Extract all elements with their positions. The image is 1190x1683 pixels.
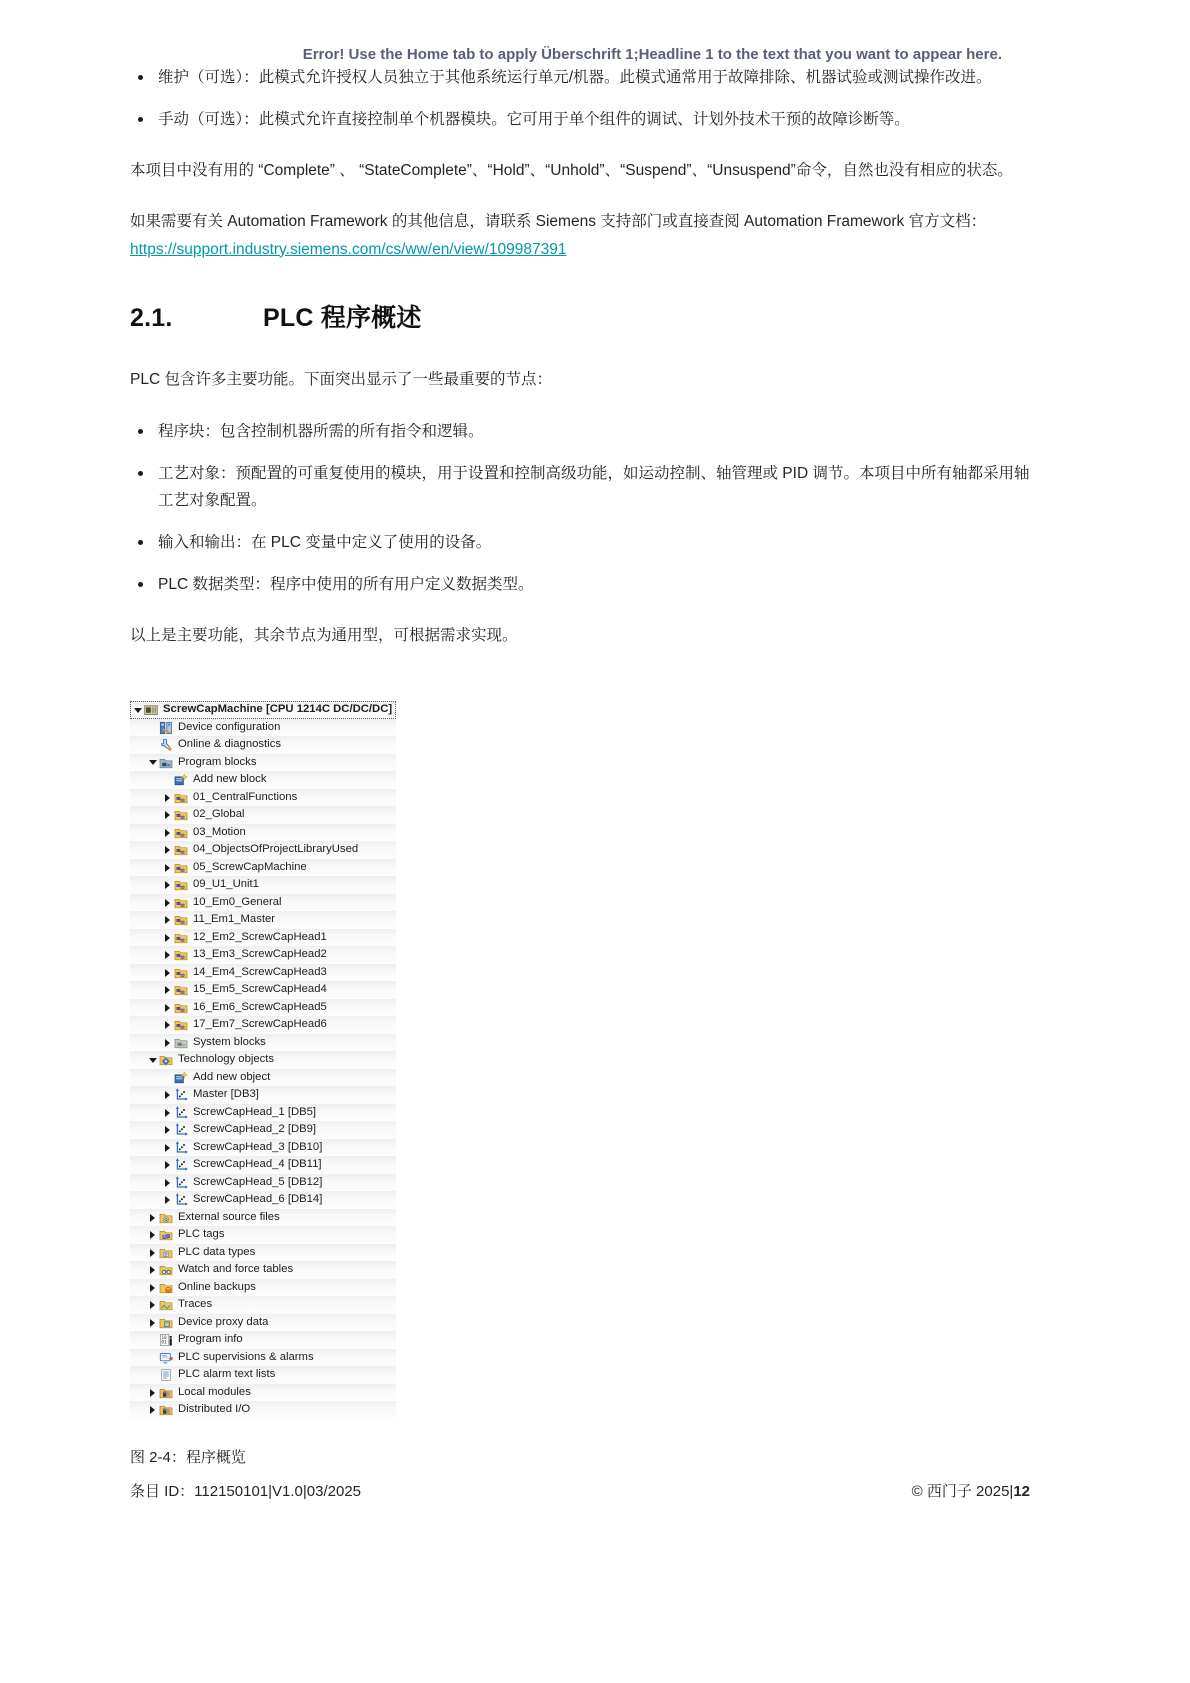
block-group-folder-icon (174, 931, 188, 945)
axis-icon (174, 1141, 188, 1155)
tree-row[interactable]: 14_Em4_ScrewCapHead3 (130, 964, 396, 982)
section-outro: 以上是主要功能，其余节点为通用型，可根据需求实现。 (130, 622, 1030, 649)
local-modules-icon (159, 1386, 173, 1400)
tree-row[interactable]: 05_ScrewCapMachine (130, 859, 396, 877)
online-backups-icon (159, 1281, 173, 1295)
tree-row[interactable]: System blocks (130, 1034, 396, 1052)
tree-row[interactable]: 17_Em7_ScrewCapHead6 (130, 1016, 396, 1034)
external-source-files-icon (159, 1211, 173, 1225)
tree-item-label: Distributed I/O (178, 1400, 250, 1419)
page-number: 12 (1013, 1483, 1030, 1500)
tree-row[interactable]: PLC alarm text lists (130, 1366, 396, 1384)
tree-row[interactable]: ScrewCapHead_1 [DB5] (130, 1104, 396, 1122)
tree-row[interactable]: ScrewCapHead_5 [DB12] (130, 1174, 396, 1192)
footer-entry-id: 条目 ID：112150101|V1.0|03/2025 (130, 1479, 361, 1505)
expand-arrow-icon[interactable] (162, 846, 173, 854)
tree-row[interactable]: 10_Em0_General (130, 894, 396, 912)
paragraph-more-info: 如果需要有关 Automation Framework 的其他信息，请联系 Si… (130, 208, 1030, 262)
expand-arrow-icon[interactable] (162, 934, 173, 942)
expand-arrow-icon[interactable] (162, 881, 173, 889)
axis-icon (174, 1193, 188, 1207)
block-group-folder-icon (174, 843, 188, 857)
document-body: 维护（可选）：此模式允许授权人员独立于其他系统运行单元/机器。此模式通常用于故障… (130, 64, 1030, 1505)
collapse-arrow-icon[interactable] (147, 760, 158, 765)
expand-arrow-icon[interactable] (162, 811, 173, 819)
tree-row[interactable]: Master [DB3] (130, 1086, 396, 1104)
traces-icon (159, 1298, 173, 1312)
bullet-item-maintenance: 维护（可选）：此模式允许授权人员独立于其他系统运行单元/机器。此模式通常用于故障… (130, 64, 1030, 91)
tree-row[interactable]: Online & diagnostics (130, 736, 396, 754)
collapse-arrow-icon[interactable] (132, 708, 143, 713)
tree-row[interactable]: Device proxy data (130, 1314, 396, 1332)
tree-row[interactable]: ScrewCapMachine [CPU 1214C DC/DC/DC] (130, 701, 396, 719)
expand-arrow-icon[interactable] (147, 1214, 158, 1222)
watch-force-tables-icon (159, 1263, 173, 1277)
axis-icon (174, 1158, 188, 1172)
tree-row[interactable]: Device configuration (130, 719, 396, 737)
tree-row[interactable]: 16_Em6_ScrewCapHead5 (130, 999, 396, 1017)
expand-arrow-icon[interactable] (162, 1109, 173, 1117)
plc-tags-icon (159, 1228, 173, 1242)
expand-arrow-icon[interactable] (162, 916, 173, 924)
plc-station-icon (144, 703, 158, 717)
support-link[interactable]: https://support.industry.siemens.com/cs/… (130, 241, 567, 258)
expand-arrow-icon[interactable] (162, 986, 173, 994)
online-diagnostics-icon (159, 738, 173, 752)
section-intro: PLC 包含许多主要功能。下面突出显示了一些最重要的节点： (130, 366, 1030, 393)
tree-row[interactable]: ScrewCapHead_6 [DB14] (130, 1191, 396, 1209)
tree-row[interactable]: Add new object (130, 1069, 396, 1087)
block-group-folder-icon (174, 791, 188, 805)
add-new-icon (174, 1071, 188, 1085)
tree-row[interactable]: 15_Em5_ScrewCapHead4 (130, 981, 396, 999)
tree-row[interactable]: ScrewCapHead_2 [DB9] (130, 1121, 396, 1139)
plc-data-types-icon (159, 1246, 173, 1260)
technology-objects-folder-icon (159, 1053, 173, 1067)
bullet-item-technology-objects: 工艺对象：预配置的可重复使用的模块，用于设置和控制高级功能，如运动控制、轴管理或… (130, 460, 1030, 514)
tree-row[interactable]: Watch and force tables (130, 1261, 396, 1279)
expand-arrow-icon[interactable] (147, 1406, 158, 1414)
plc-supervisions-alarms-icon (159, 1351, 173, 1365)
expand-arrow-icon[interactable] (162, 969, 173, 977)
expand-arrow-icon[interactable] (162, 1091, 173, 1099)
block-group-folder-icon (174, 896, 188, 910)
tree-row[interactable]: 1001Program info (130, 1331, 396, 1349)
tree-row[interactable]: ScrewCapHead_4 [DB11] (130, 1156, 396, 1174)
page-footer: 条目 ID：112150101|V1.0|03/2025 © 西门子 2025|… (130, 1479, 1030, 1505)
block-group-folder-icon (174, 1001, 188, 1015)
tree-row[interactable]: Online backups (130, 1279, 396, 1297)
axis-icon (174, 1106, 188, 1120)
tree-row[interactable]: 09_U1_Unit1 (130, 876, 396, 894)
program-blocks-folder-icon (159, 756, 173, 770)
expand-arrow-icon[interactable] (162, 1021, 173, 1029)
section-title: PLC 程序概述 (263, 297, 422, 341)
figure-caption: 图 2-4：程序概览 (130, 1445, 1030, 1471)
plc-alarm-text-lists-icon (159, 1368, 173, 1382)
tree-row[interactable]: 12_Em2_ScrewCapHead1 (130, 929, 396, 947)
expand-arrow-icon[interactable] (147, 1301, 158, 1309)
running-header-error-text: Error! Use the Home tab to apply Übersch… (130, 46, 1030, 64)
expand-arrow-icon[interactable] (147, 1249, 158, 1257)
block-group-folder-icon (174, 948, 188, 962)
device-proxy-data-icon (159, 1316, 173, 1330)
program-info-icon: 1001 (159, 1333, 173, 1347)
tree-row[interactable]: 02_Global (130, 806, 396, 824)
bullet-item-manual: 手动（可选）：此模式允许直接控制单个机器模块。它可用于单个组件的调试、计划外技术… (130, 106, 1030, 133)
expand-arrow-icon[interactable] (147, 1284, 158, 1292)
tree-row[interactable]: Local modules (130, 1384, 396, 1402)
tree-row[interactable]: 13_Em3_ScrewCapHead2 (130, 946, 396, 964)
add-new-icon (174, 773, 188, 787)
block-group-folder-icon (174, 826, 188, 840)
expand-arrow-icon[interactable] (162, 1039, 173, 1047)
expand-arrow-icon[interactable] (147, 1231, 158, 1239)
tree-row[interactable]: PLC data types (130, 1244, 396, 1262)
paragraph-no-commands: 本项目中没有用的 “Complete” 、 “StateComplete”、“H… (130, 157, 1030, 184)
block-group-folder-icon (174, 861, 188, 875)
expand-arrow-icon[interactable] (162, 794, 173, 802)
expand-arrow-icon[interactable] (162, 899, 173, 907)
bullet-item-program-blocks: 程序块：包含控制机器所需的所有指令和逻辑。 (130, 418, 1030, 445)
block-group-folder-icon (174, 1018, 188, 1032)
tree-row[interactable]: 03_Motion (130, 824, 396, 842)
system-blocks-folder-icon (174, 1036, 188, 1050)
block-group-folder-icon (174, 983, 188, 997)
tree-row[interactable]: Traces (130, 1296, 396, 1314)
device-configuration-icon (159, 721, 173, 735)
svg-text:01: 01 (161, 1340, 167, 1346)
section-heading: 2.1. PLC 程序概述 (130, 297, 1030, 341)
footer-copyright: © 西门子 2025|12 (912, 1479, 1030, 1505)
intro-bullet-list: 维护（可选）：此模式允许授权人员独立于其他系统运行单元/机器。此模式通常用于故障… (130, 64, 1030, 133)
bullet-item-inputs-outputs: 输入和输出：在 PLC 变量中定义了使用的设备。 (130, 529, 1030, 556)
tree-row[interactable]: Technology objects (130, 1051, 396, 1069)
tree-row[interactable]: 01_CentralFunctions (130, 789, 396, 807)
expand-arrow-icon[interactable] (162, 1179, 173, 1187)
tree-row[interactable]: Add new block (130, 771, 396, 789)
expand-arrow-icon[interactable] (162, 1161, 173, 1169)
tree-row[interactable]: External source files (130, 1209, 396, 1227)
block-group-folder-icon (174, 808, 188, 822)
document-page: Error! Use the Home tab to apply Übersch… (0, 0, 1190, 1683)
collapse-arrow-icon[interactable] (147, 1058, 158, 1063)
expand-arrow-icon[interactable] (162, 1126, 173, 1134)
axis-icon (174, 1123, 188, 1137)
copyright-text: © 西门子 2025| (912, 1483, 1014, 1500)
axis-icon (174, 1176, 188, 1190)
block-group-folder-icon (174, 878, 188, 892)
block-group-folder-icon (174, 966, 188, 980)
tree-row[interactable]: 04_ObjectsOfProjectLibraryUsed (130, 841, 396, 859)
expand-arrow-icon[interactable] (162, 951, 173, 959)
bullet-item-plc-data-types: PLC 数据类型：程序中使用的所有用户定义数据类型。 (130, 571, 1030, 598)
section-number: 2.1. (130, 297, 263, 341)
block-group-folder-icon (174, 913, 188, 927)
more-info-text: 如果需要有关 Automation Framework 的其他信息，请联系 Si… (130, 213, 986, 230)
tree-row[interactable]: ScrewCapHead_3 [DB10] (130, 1139, 396, 1157)
project-tree: ScrewCapMachine [CPU 1214C DC/DC/DC]Devi… (130, 701, 396, 1419)
expand-arrow-icon[interactable] (147, 1266, 158, 1274)
expand-arrow-icon[interactable] (147, 1389, 158, 1397)
axis-icon (174, 1088, 188, 1102)
expand-arrow-icon[interactable] (147, 1319, 158, 1327)
expand-arrow-icon[interactable] (162, 1144, 173, 1152)
expand-arrow-icon[interactable] (162, 864, 173, 872)
tree-row[interactable]: PLC supervisions & alarms (130, 1349, 396, 1367)
tree-row[interactable]: 11_Em1_Master (130, 911, 396, 929)
section-bullet-list: 程序块：包含控制机器所需的所有指令和逻辑。 工艺对象：预配置的可重复使用的模块，… (130, 418, 1030, 599)
distributed-io-icon (159, 1403, 173, 1417)
tree-row[interactable]: Distributed I/O (130, 1401, 396, 1419)
tree-row[interactable]: Program blocks (130, 754, 396, 772)
tree-row[interactable]: PLC tags (130, 1226, 396, 1244)
expand-arrow-icon[interactable] (162, 1196, 173, 1204)
expand-arrow-icon[interactable] (162, 1004, 173, 1012)
expand-arrow-icon[interactable] (162, 829, 173, 837)
